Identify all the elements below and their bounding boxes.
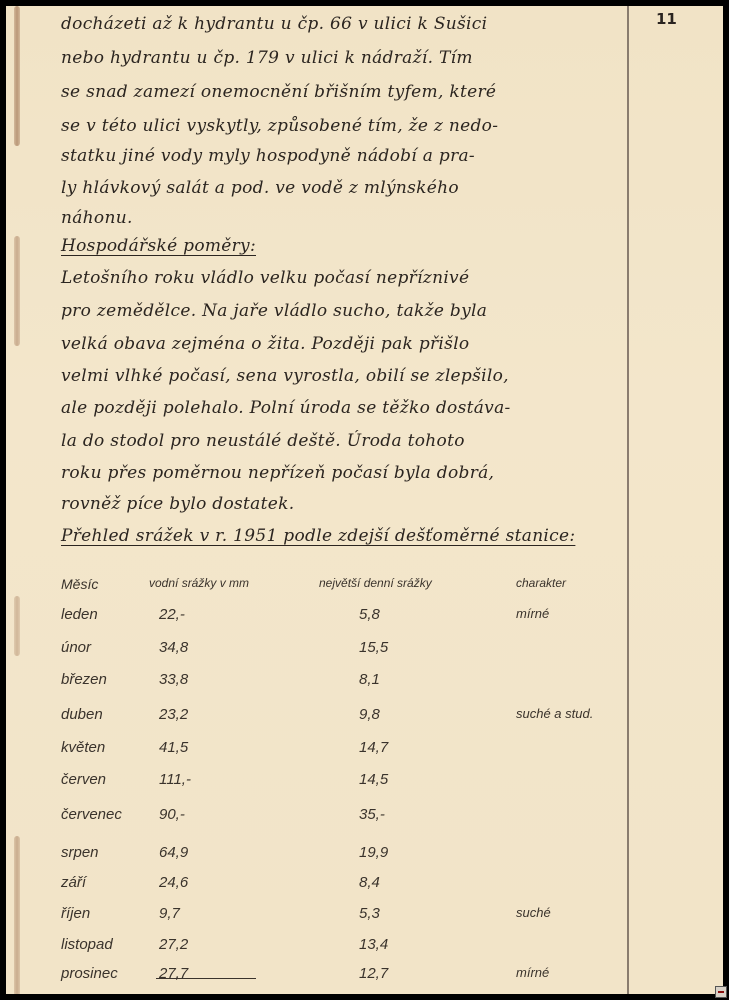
text-line: se snad zamezí onemocnění břišním tyfem,… [61, 82, 496, 102]
cell-max: 14,5 [359, 771, 388, 788]
column-header-max: největší denní srážky [319, 576, 432, 590]
page-number: 11 [656, 10, 677, 28]
cell-month: únor [61, 639, 91, 656]
cell-total: 9,7 [159, 905, 180, 922]
cell-max: 8,4 [359, 874, 380, 891]
text-line: se v této ulici vyskytly, způsobené tím,… [61, 116, 498, 136]
cell-total: 34,8 [159, 639, 188, 656]
cell-max: 35,- [359, 806, 385, 823]
cell-total: 41,5 [159, 739, 188, 756]
cell-max: 12,7 [359, 965, 388, 982]
cell-max: 19,9 [359, 844, 388, 861]
text-line: velká obava zejména o žita. Později pak … [61, 334, 469, 354]
cell-month: březen [61, 671, 107, 688]
cell-month: květen [61, 739, 105, 756]
text-line: velmi vlhké počasí, sena vyrostla, obilí… [61, 366, 509, 386]
scanned-page: 11 docházeti až k hydrantu u čp. 66 v ul… [6, 6, 723, 994]
cell-character: mírné [516, 965, 549, 980]
text-line: pro zemědělce. Na jaře vládlo sucho, tak… [61, 301, 487, 321]
cell-total: 23,2 [159, 706, 188, 723]
binding-mark [14, 6, 20, 146]
cell-month: duben [61, 706, 103, 723]
cell-month: listopad [61, 936, 113, 953]
text-line: Letošního roku vládlo velku počasí nepří… [61, 268, 469, 288]
cell-max: 5,3 [359, 905, 380, 922]
column-header-character: charakter [516, 576, 566, 590]
text-line: roku přes poměrnou nepřízeň počasí byla … [61, 463, 494, 483]
cell-month: září [61, 874, 86, 891]
text-line: ale později polehalo. Polní úroda se těž… [61, 398, 511, 418]
margin-rule [627, 6, 629, 994]
cell-month: prosinec [61, 965, 118, 982]
text-line: rovněž píce bylo dostatek. [61, 494, 294, 514]
cell-month: říjen [61, 905, 90, 922]
cell-total: 64,9 [159, 844, 188, 861]
cell-max: 9,8 [359, 706, 380, 723]
cell-character: mírné [516, 606, 549, 621]
column-header-month: Měsíc [61, 576, 98, 592]
cell-month: srpen [61, 844, 99, 861]
binding-mark [14, 836, 20, 994]
minimize-button[interactable] [715, 986, 727, 998]
cell-max: 13,4 [359, 936, 388, 953]
text-line: nebo hydrantu u čp. 179 v ulici k nádraž… [61, 48, 473, 68]
cell-total: 27,2 [159, 936, 188, 953]
cell-max: 5,8 [359, 606, 380, 623]
cell-total: 111,- [159, 771, 191, 788]
text-line: ly hlávkový salát a pod. ve vodě z mlýns… [61, 178, 459, 198]
text-line: náhonu. [61, 208, 133, 228]
cell-total: 33,8 [159, 671, 188, 688]
text-line: la do stodol pro neustálé deště. Úroda t… [61, 431, 465, 451]
cell-max: 14,7 [359, 739, 388, 756]
cell-month: červen [61, 771, 106, 788]
cell-month: leden [61, 606, 98, 623]
column-header-total: vodní srážky v mm [149, 576, 249, 590]
sum-underline [156, 978, 256, 979]
section-heading: Hospodářské poměry: [61, 236, 256, 256]
cell-total: 90,- [159, 806, 185, 823]
binding-mark [14, 236, 20, 346]
cell-character: suché a stud. [516, 706, 593, 721]
cell-total: 22,- [159, 606, 185, 623]
text-line: statku jiné vody myly hospodyně nádobí a… [61, 146, 475, 166]
cell-max: 8,1 [359, 671, 380, 688]
cell-max: 15,5 [359, 639, 388, 656]
table-heading: Přehled srážek v r. 1951 podle zdejší de… [61, 526, 575, 546]
cell-character: suché [516, 905, 551, 920]
binding-mark [14, 596, 20, 656]
cell-total: 27,7 [159, 965, 188, 982]
text-line: docházeti až k hydrantu u čp. 66 v ulici… [61, 14, 487, 34]
cell-total: 24,6 [159, 874, 188, 891]
cell-month: červenec [61, 806, 122, 823]
